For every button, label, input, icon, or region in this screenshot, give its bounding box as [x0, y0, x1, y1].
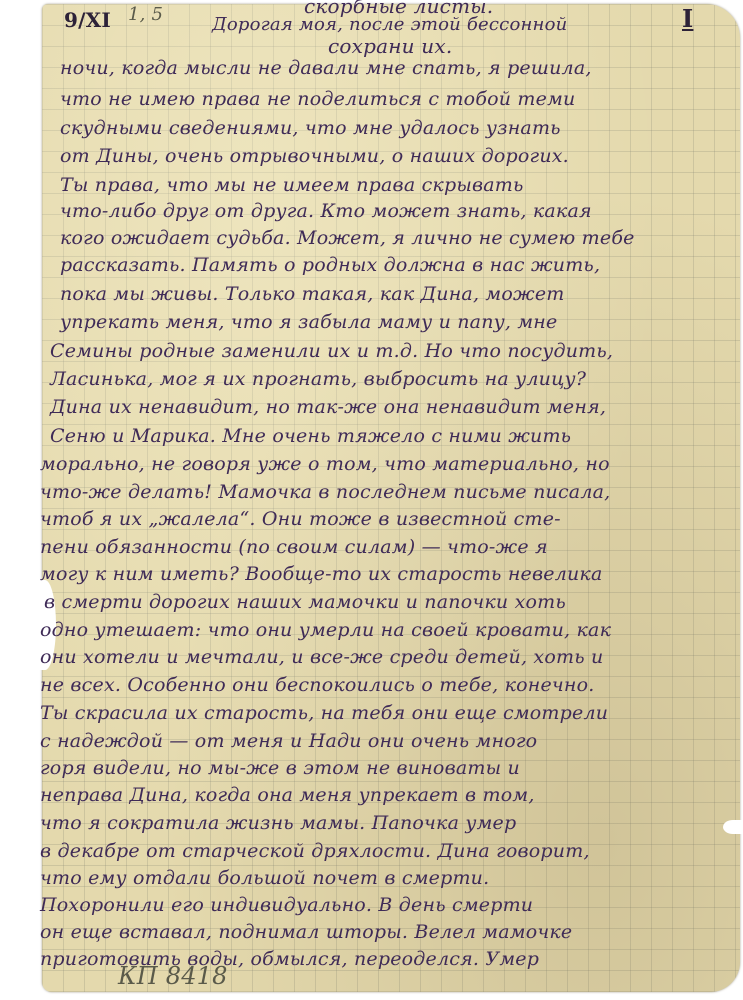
body-line: он еще вставал, поднимал шторы. Велел ма… [40, 921, 572, 943]
body-line: упрекать меня, что я забыла маму и папу,… [60, 311, 557, 333]
body-line: в декабре от старческой дряхлости. Дина … [40, 840, 590, 862]
archive-inventory-mark: КП 8418 [118, 962, 228, 990]
body-line: не всех. Особенно они беспокоились о теб… [40, 674, 595, 696]
body-line: кого ожидает судьба. Может, я лично не с… [60, 227, 635, 249]
body-line: от Дины, очень отрывочными, о наших доро… [60, 145, 569, 167]
page-number: I [682, 4, 693, 33]
body-line: ночи, когда мысли не давали мне спать, я… [60, 57, 592, 79]
body-line: в смерти дорогих наших мамочки и папочки… [44, 591, 566, 613]
body-line: что ему отдали большой почет в смерти. [40, 867, 489, 889]
body-line: что-либо друг от друга. Кто может знать,… [60, 200, 592, 222]
body-line: неправа Дина, когда она меня упрекает в … [40, 784, 535, 806]
body-line: Сеню и Марика. Мне очень тяжело с ними ж… [50, 425, 571, 447]
body-line: что-же делать! Мамочка в последнем письм… [40, 481, 610, 503]
body-line: скудными сведениями, что мне удалось узн… [60, 117, 561, 139]
body-line: одно утешает: что они умерли на своей кр… [40, 619, 611, 641]
body-line: чтоб я их „жалела“. Они тоже в известной… [40, 508, 561, 530]
salutation: Дорогая моя, после этой бессонной [212, 14, 567, 35]
body-line: Похоронили его индивидуально. В день сме… [40, 894, 533, 916]
body-line: могу к ним иметь? Вообще-то их старость … [40, 563, 603, 585]
body-line: рассказать. Память о родных должна в нас… [60, 254, 600, 276]
body-line: горя видели, но мы-же в этом не виноваты… [40, 757, 520, 779]
body-line: пени обязанности (по своим силам) — что-… [40, 536, 548, 558]
body-line: они хотели и мечтали, и все-же среди дет… [40, 646, 603, 668]
body-line: Дина их ненавидит, но так-же она ненавид… [50, 396, 606, 418]
body-line: морально, не говоря уже о том, что матер… [40, 453, 610, 475]
body-line: Ты права, что мы не имеем права скрывать [60, 174, 524, 196]
page-marks: 1, 5 [128, 4, 163, 25]
inserted-line-below: сохрани их. [328, 34, 452, 58]
date-mark: 9/XI [64, 8, 111, 32]
body-line: пока мы живы. Только такая, как Дина, мо… [60, 283, 564, 305]
body-line: Ласинька, мог я их прогнать, выбросить н… [50, 368, 586, 390]
body-line: что я сократила жизнь мамы. Папочка умер [40, 812, 516, 834]
body-line: Ты скрасила их старость, на тебя они еще… [40, 702, 608, 724]
body-line: Семины родные заменили их и т.д. Но что … [50, 340, 613, 362]
body-line: приготовить воды, обмылся, переоделся. У… [40, 948, 539, 970]
body-line: что не имею права не поделиться с тобой … [60, 88, 575, 110]
body-line: с надеждой — от меня и Нади они очень мн… [40, 730, 537, 752]
torn-edge-right [723, 820, 743, 834]
